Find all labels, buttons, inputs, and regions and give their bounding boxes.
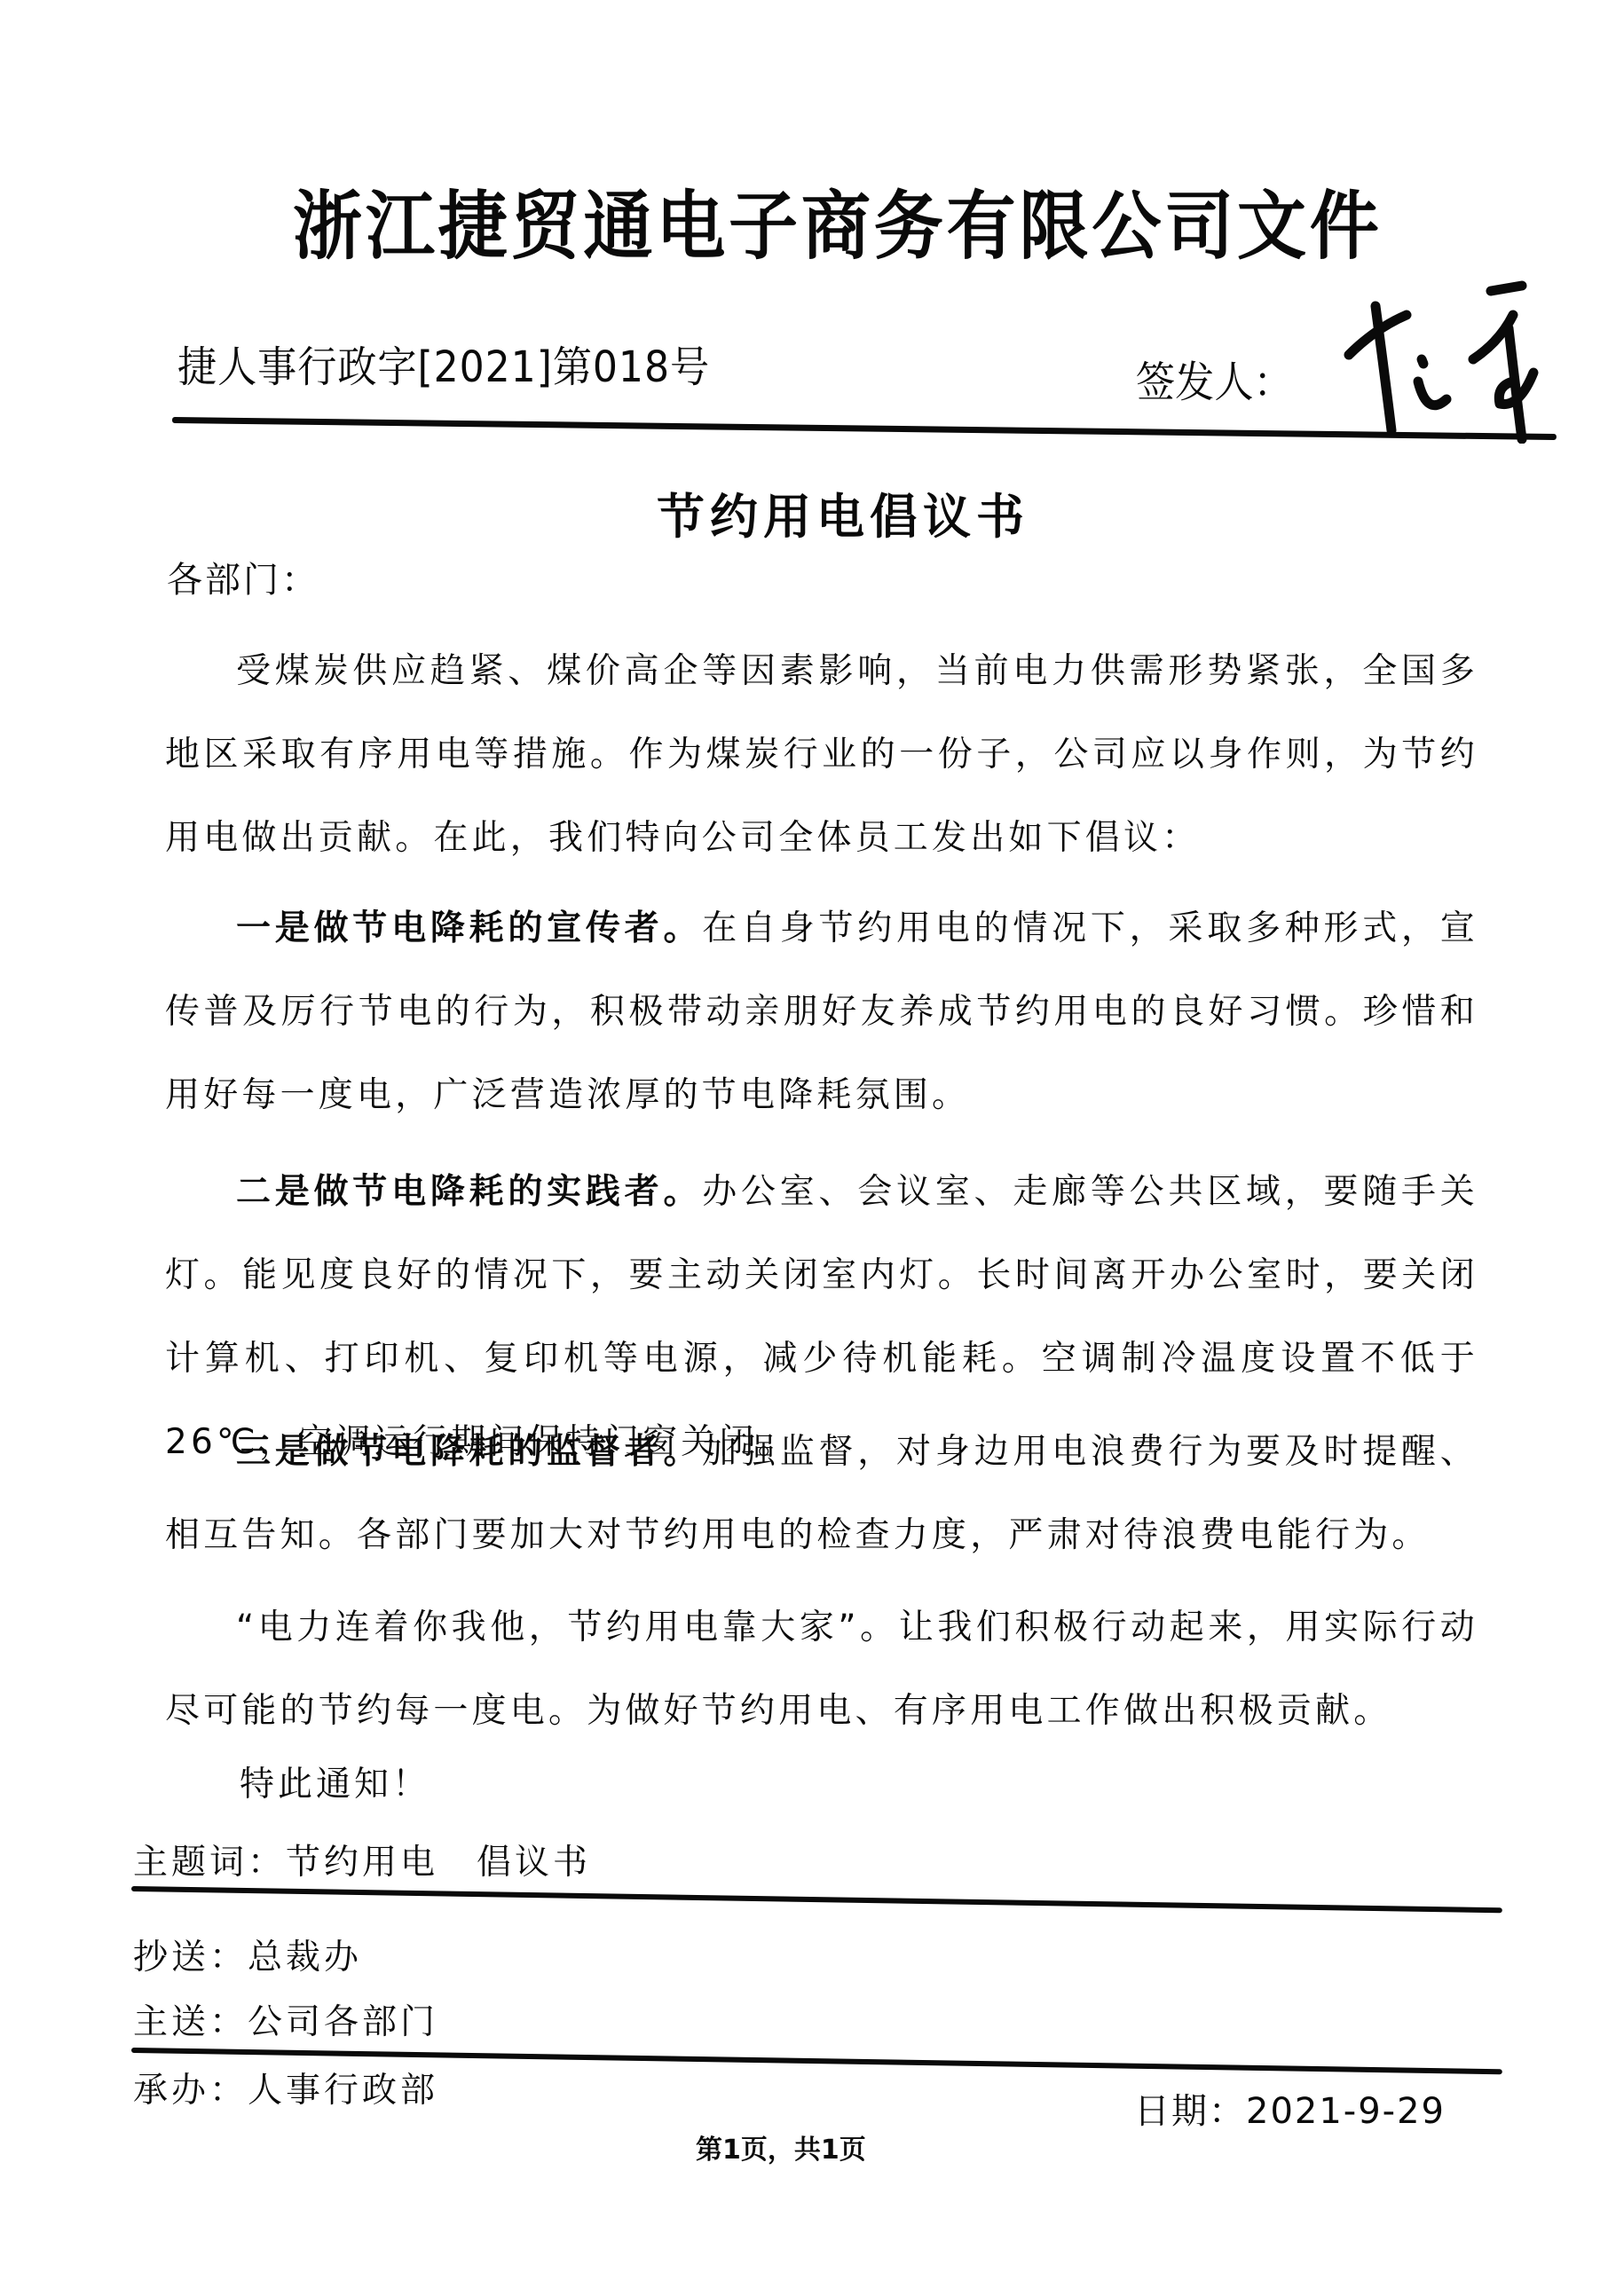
closing-remark: 特此通知！	[240, 1757, 430, 1806]
paragraph-supervisor: 三是做节电降耗的监督者。加强监督，对身边用电浪费行为要及时提醒、相互告知。各部门…	[165, 1411, 1478, 1577]
document-number: 捷人事行政字[2021]第018号	[177, 333, 710, 394]
paragraph-lead: 一是做节电降耗的宣传者。	[236, 908, 702, 948]
keywords-divider	[131, 1886, 1502, 1913]
page-indicator: 第1页，共1页	[696, 2127, 866, 2166]
paragraph-publicist: 一是做节电降耗的宣传者。在自身节约用电的情况下，采取多种形式，宣传普及厉行节电的…	[165, 887, 1478, 1137]
paragraph-text: 受煤炭供应趋紧、煤价高企等因素影响，当前电力供需形势紧张，全国多地区采取有序用电…	[165, 651, 1478, 858]
keywords-line: 主题词：节约用电 倡议书	[133, 1835, 591, 1884]
paragraph-lead: 三是做节电降耗的监督者。	[236, 1432, 702, 1472]
paragraph-intro: 受煤炭供应趋紧、煤价高企等因素影响，当前电力供需形势紧张，全国多地区采取有序用电…	[165, 630, 1478, 880]
document-title: 节约用电倡议书	[657, 479, 1029, 547]
document-header-title: 浙江捷贸通电子商务有限公司文件	[293, 167, 1383, 274]
handled-by-line: 承办：人事行政部	[133, 2063, 438, 2112]
paragraph-lead: 二是做节电降耗的实践者。	[236, 1172, 702, 1212]
document-date: 日期：2021-9-29	[1134, 2083, 1446, 2134]
salutation: 各部门：	[167, 552, 319, 602]
recipient-line: 主送：公司各部门	[133, 1994, 438, 2044]
signature-image	[1322, 275, 1553, 444]
paragraph-call-to-action: “电力连着你我他，节约用电靠大家”。让我们积极行动起来，用实际行动尽可能的节约每…	[165, 1586, 1478, 1753]
cc-line: 抄送：总裁办	[133, 1930, 362, 1979]
issuer-label: 签发人：	[1136, 348, 1293, 409]
paragraph-text: “电力连着你我他，节约用电靠大家”。让我们积极行动起来，用实际行动尽可能的节约每…	[165, 1608, 1478, 1731]
